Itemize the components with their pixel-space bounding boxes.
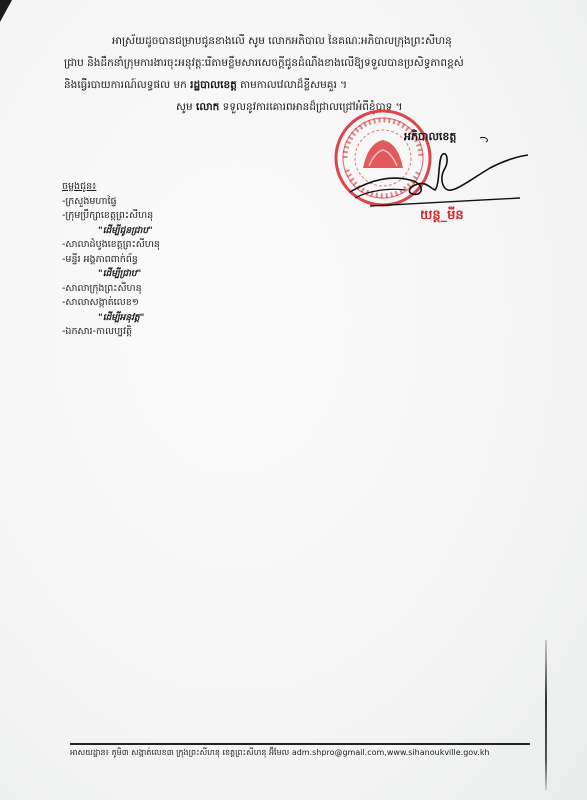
page-corner-shadow bbox=[0, 0, 12, 22]
body-line-3-b: រដ្ឋបាលខេត្ត bbox=[190, 79, 237, 91]
body-line-1: អាស្រ័យដូចបានជម្រាបជូនខាងលើ សូម លោកអភិបា… bbox=[64, 30, 534, 52]
closing-line: សូម លោក ទទួលនូវការគោរពអានដ៏ជ្រាលជ្រៅអំពី… bbox=[64, 96, 534, 118]
cc-note: "ដើម្បីជូនជ្រាប" bbox=[62, 224, 160, 239]
cc-item: -ក្រុមប្រឹក្សាខេត្តព្រះសីហនុ bbox=[62, 209, 160, 224]
letter-body: អាស្រ័យដូចបានជម្រាបជូនខាងលើ សូម លោកអភិបា… bbox=[64, 30, 534, 118]
cc-item: -សាលាសង្កាត់លេខ១ bbox=[62, 296, 160, 311]
footer-address: អាសយដ្ឋាន៖ ភូមិ៣ សង្កាត់លេខ៣ ក្រុងព្រះសី… bbox=[70, 747, 490, 759]
cc-item: -មន្ទីរ អង្គភាពពាក់ព័ន្ធ bbox=[62, 253, 160, 268]
body-line-3: និងធ្វើរបាយការណ៍លទ្ធផល មក រដ្ឋបាលខេត្ត ត… bbox=[64, 74, 534, 96]
closing-line-a: សូម bbox=[176, 101, 196, 113]
page-edge-shadow bbox=[545, 640, 547, 790]
cc-item: -ក្រសួងមហាផ្ទៃ bbox=[62, 195, 160, 210]
body-line-3-a: និងធ្វើរបាយការណ៍លទ្ធផល មក bbox=[64, 79, 190, 91]
handwritten-signature-icon bbox=[330, 130, 530, 210]
cc-note: "ដើម្បីអនុវត្ត" bbox=[62, 311, 160, 326]
cc-item: -សាលាដំបូងខេត្តព្រះសីហនុ bbox=[62, 238, 160, 253]
body-line-3-c: តាមកាលវេលាដ៏ខ្លីសមគួរ ។ bbox=[237, 79, 347, 91]
footer-divider bbox=[70, 743, 530, 745]
copy-to-list: ចម្លងជូន៖ -ក្រសួងមហាផ្ទៃ -ក្រុមប្រឹក្សាខ… bbox=[62, 180, 160, 340]
copy-to-heading: ចម្លងជូន៖ bbox=[62, 180, 160, 195]
closing-line-b: លោក bbox=[196, 101, 219, 113]
cc-item: -សាលាក្រុងព្រះសីហនុ bbox=[62, 282, 160, 297]
document-page: អាស្រ័យដូចបានជម្រាបជូនខាងលើ សូម លោកអភិបា… bbox=[0, 0, 587, 800]
cc-note: "ដើម្បីជ្រាប" bbox=[62, 267, 160, 282]
signer-name: យន្ត_មីន bbox=[420, 207, 464, 226]
cc-item: -ឯកសារ-កាលប្បវត្តិ bbox=[62, 325, 160, 340]
body-line-2: ជ្រាប និងដឹកនាំក្រុមការងារចុះអនុវត្តៈរើត… bbox=[64, 52, 534, 74]
